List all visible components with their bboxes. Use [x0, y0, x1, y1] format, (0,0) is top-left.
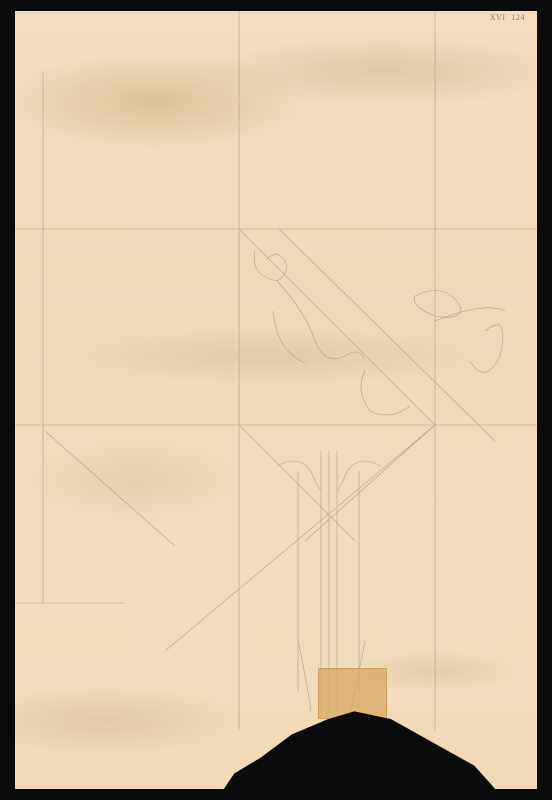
adhesive-tape [318, 668, 387, 719]
archival-roman-numeral: XVI [490, 13, 506, 22]
archival-number: 124 [512, 13, 526, 22]
drawing-sheet: XVI124 [15, 11, 537, 789]
pencil-construction-lines [15, 11, 537, 789]
archival-marking: XVI124 [490, 13, 525, 22]
